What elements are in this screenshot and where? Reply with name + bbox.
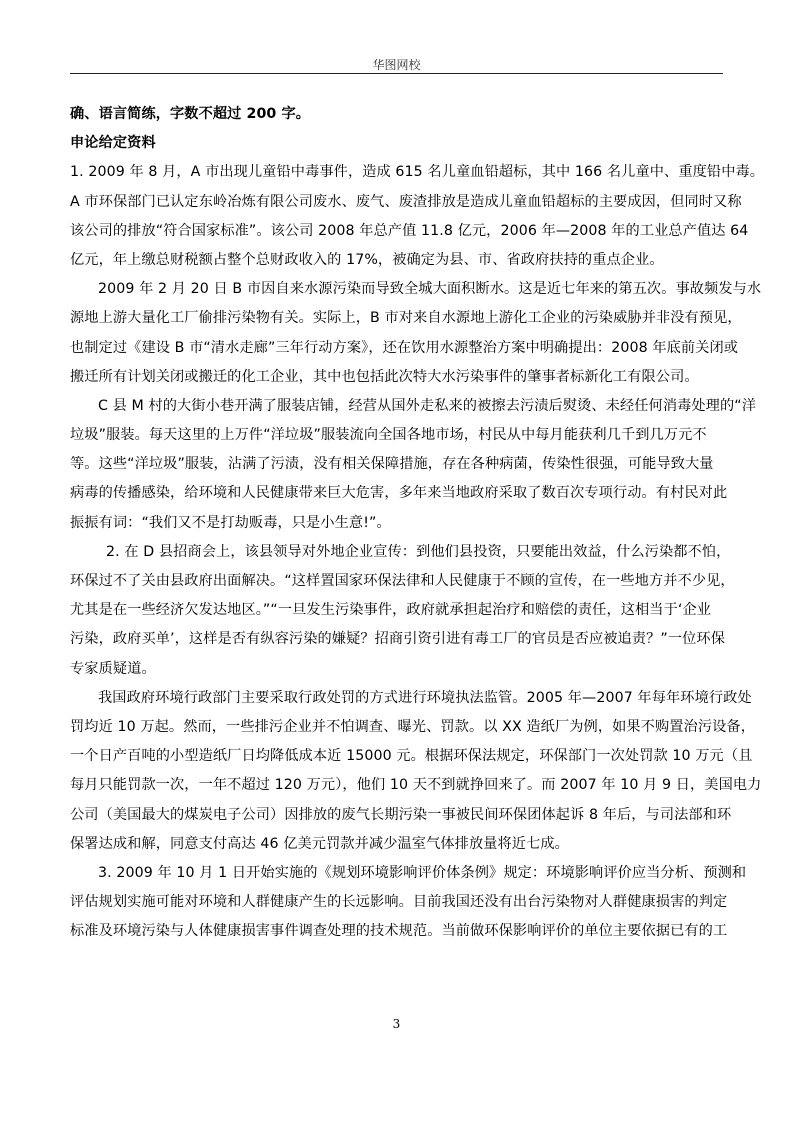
header-divider	[70, 73, 723, 74]
text-line: 也制定过《建设 B 市“清水走廊”三年行动方案》，还在饮用水源整治方案中明确提出…	[70, 334, 723, 363]
text-line: 等。这些“洋垃圾”服装，沾满了污渍，没有相关保障措施，存在各种病菌，传染性很强，…	[70, 450, 723, 479]
page-header: 华图网校	[70, 56, 723, 73]
text-line: 振振有词：“我们又不是打劫贩毒，只是小生意!”。	[70, 509, 723, 538]
text-line: C 县 M 村的大街小巷开满了服装店铺，经营从国外走私来的被擦去污渍后熨烫、未经…	[70, 392, 723, 421]
text-line: 污染，政府买单’，这样是否有纵容污染的嫌疑？招商引资引进有毒工厂的官员是否应被追…	[70, 625, 723, 654]
text-line: 保署达成和解，同意支付高达 46 亿美元罚款并减少温室气体排放量将近七成。	[70, 830, 723, 859]
text-line: 2. 在 D 县招商会上，该县领导对外地企业宣传：到他们县投资，只要能出效益，什…	[70, 538, 723, 567]
text-line: 我国政府环境行政部门主要采取行政处罚的方式进行环境执法监管。2005 年—200…	[70, 684, 723, 713]
text-line: 环保过不了关由县政府出面解决。“这样置国家环保法律和人民健康于不顾的宣传，在一些…	[70, 567, 723, 596]
text-line: 该公司的排放“符合国家标准”。该公司 2008 年总产值 11.8 亿元，200…	[70, 217, 723, 246]
text-line: A 市环保部门已认定东岭冶炼有限公司废水、废气、废渣排放是造成儿童血铅超标的主要…	[70, 188, 723, 217]
section-heading: 申论给定资料	[70, 129, 723, 158]
text-line: 亿元，年上缴总财税额占整个总财政收入的 17%，被确定为县、市、省政府扶持的重点…	[70, 246, 723, 275]
text-line: 搬迁所有计划关闭或搬迁的化工企业，其中也包括此次特大水污染事件的肇事者标新化工有…	[70, 363, 723, 392]
document-body: 确、语言简练，字数不超过 200 字。 申论给定资料 1. 2009 年 8 月…	[70, 100, 723, 946]
text-line: 2009 年 2 月 20 日 B 市因自来水源污染而导致全城大面积断水。这是近…	[70, 275, 723, 304]
text-line: 确、语言简练，字数不超过 200 字。	[70, 100, 723, 129]
text-line: 源地上游大量化工厂偷排污染物有关。实际上，B 市对来自水源地上游化工企业的污染威…	[70, 304, 723, 333]
page-number: 3	[70, 1017, 723, 1031]
text-line: 病毒的传播感染，给环境和人民健康带来巨大危害，多年来当地政府采取了数百次专项行动…	[70, 479, 723, 508]
text-line: 每月只能罚款一次，一年不超过 120 万元），他们 10 天不到就挣回来了。而 …	[70, 771, 723, 800]
text-line: 一个日产百吨的小型造纸厂日均降低成本近 15000 元。根据环保法规定，环保部门…	[70, 742, 723, 771]
text-line: 评估规划实施可能对环境和人群健康产生的长远影响。目前我国还没有出台污染物对人群健…	[70, 888, 723, 917]
text-line: 尤其是在一些经济欠发达地区。”“一旦发生污染事件，政府就承担起治疗和赔偿的责任，…	[70, 596, 723, 625]
text-line: 专家质疑道。	[70, 655, 723, 684]
text-line: 标准及环境污染与人体健康损害事件调查处理的技术规范。当前做环保影响评价的单位主要…	[70, 917, 723, 946]
text-line: 罚均近 10 万起。然而，一些排污企业并不怕调查、曝光、罚款。以 XX 造纸厂为…	[70, 713, 723, 742]
text-line: 公司（美国最大的煤炭电子公司）因排放的废气长期污染一事被民间环保团体起诉 8 年…	[70, 801, 723, 830]
text-line: 垃圾”服装。每天这里的上万件“洋垃圾”服装流向全国各地市场，村民从中每月能获利几…	[70, 421, 723, 450]
text-line: 1. 2009 年 8 月，A 市出现儿童铅中毒事件，造成 615 名儿童血铅超…	[70, 158, 723, 187]
text-line: 3. 2009 年 10 月 1 日开始实施的《规划环境影响评价体条例》规定：环…	[70, 859, 723, 888]
